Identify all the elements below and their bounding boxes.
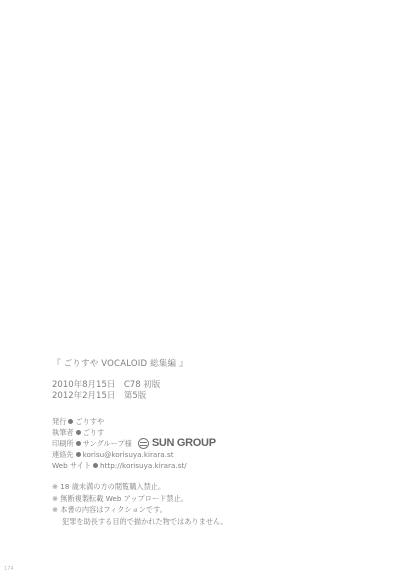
bullet-icon <box>76 430 81 435</box>
publication-dates: 2010年8月15日 C78 初版 2012年2月15日 第5版 <box>52 380 160 402</box>
credit-printer: 印刷所 サングループ様 SUN GROUP <box>52 438 216 449</box>
notice-fiction: ※ 本書の内容はフィクションです。 <box>52 504 228 516</box>
notices: ※ 18 歳未満の方の閲覧購入禁止。 ※ 無断複製転載 Web アップロード禁止… <box>52 481 228 527</box>
credit-value: サングループ様 <box>83 438 132 449</box>
credits: 発行 ごりすや 執筆者 ごりす 印刷所 サングループ様 SUN GROUP 連絡… <box>52 416 216 471</box>
credit-value: ごりすや <box>75 416 104 427</box>
credit-contact: 連絡先 korisu@korisuya.kirara.st <box>52 449 216 460</box>
credit-label: 連絡先 <box>52 449 74 460</box>
notice-no-reproduction: ※ 無断複製転載 Web アップロード禁止。 <box>52 493 228 505</box>
current-edition-date: 2012年2月15日 第5版 <box>52 391 160 402</box>
bullet-icon <box>68 419 73 424</box>
credit-value: ごりす <box>83 427 105 438</box>
bullet-icon <box>93 463 98 468</box>
notice-fiction-continued: 犯罪を助長する目的で描かれた物ではありません。 <box>52 516 228 528</box>
contact-email: korisu@korisuya.kirara.st <box>83 449 174 460</box>
sun-group-logo-text: SUN GROUP <box>152 438 216 449</box>
bullet-icon <box>76 452 81 457</box>
credit-publisher: 発行 ごりすや <box>52 416 216 427</box>
credit-label: 執筆者 <box>52 427 74 438</box>
sun-group-logo-icon <box>138 438 149 449</box>
website-url: http://korisuya.kirara.st/ <box>100 460 187 471</box>
page-number: 174 <box>4 566 14 572</box>
sun-group-logo: SUN GROUP <box>138 438 216 449</box>
book-title: 『 ごりすや VOCALOID 総集編 』 <box>52 357 188 369</box>
credit-website: Web サイト http://korisuya.kirara.st/ <box>52 460 216 471</box>
credit-label: Web サイト <box>52 460 91 471</box>
credit-label: 発行 <box>52 416 66 427</box>
first-edition-date: 2010年8月15日 C78 初版 <box>52 380 160 391</box>
credit-label: 印刷所 <box>52 438 74 449</box>
notice-age-restriction: ※ 18 歳未満の方の閲覧購入禁止。 <box>52 481 228 493</box>
bullet-icon <box>76 441 81 446</box>
